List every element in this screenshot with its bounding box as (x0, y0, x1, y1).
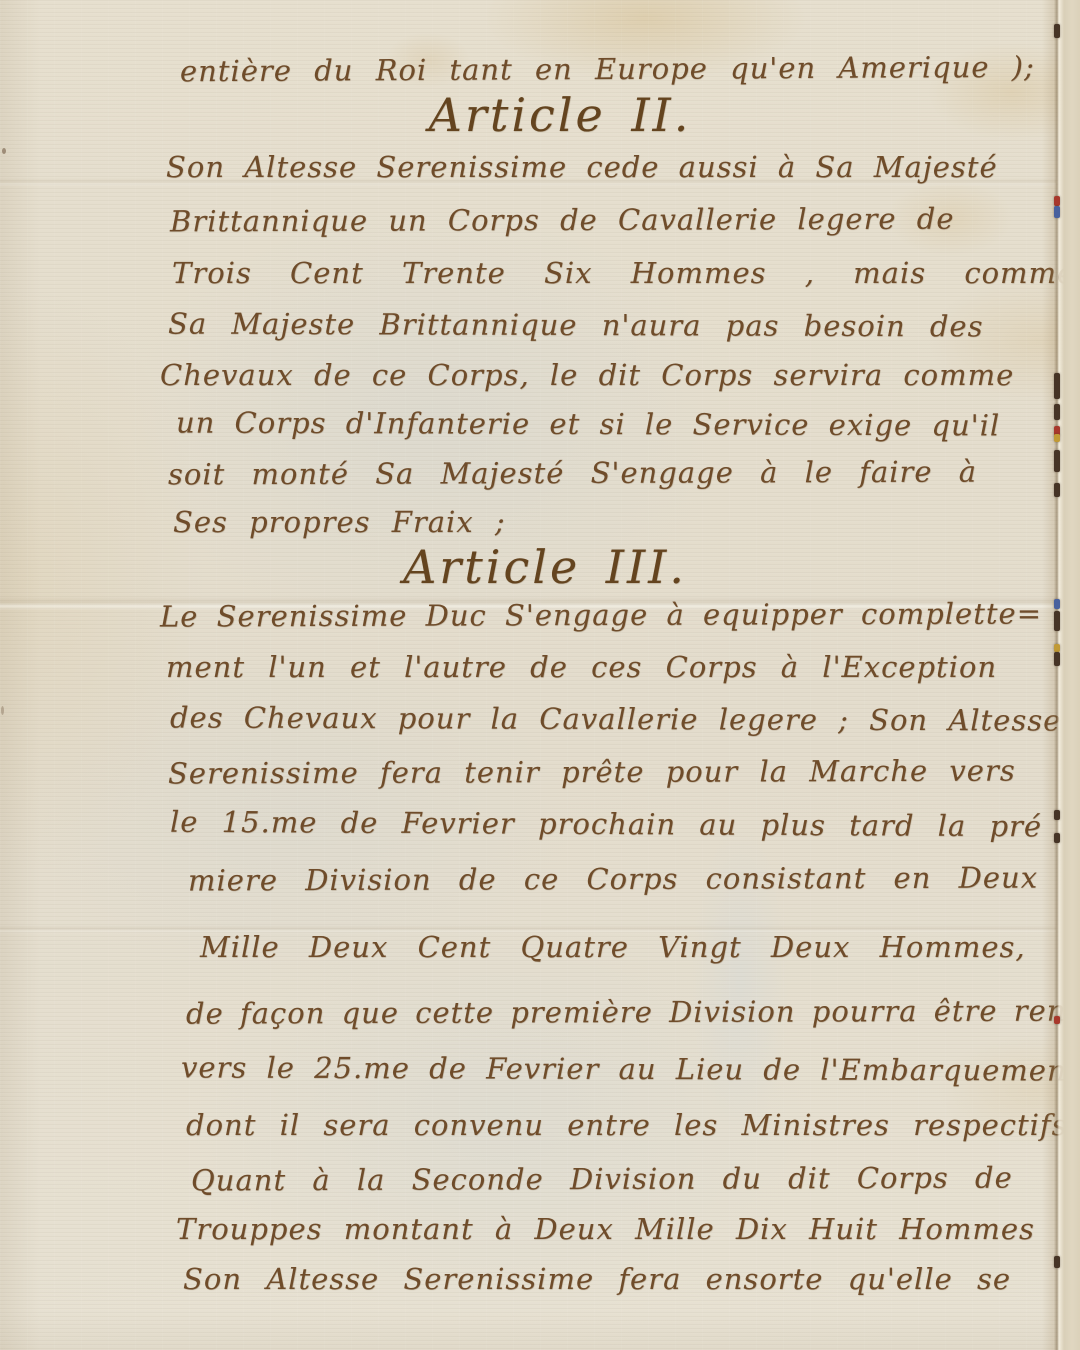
manuscript-line: un Corps d'Infanterie et si le Service e… (176, 406, 1000, 443)
binding-fold-seam (1042, 0, 1080, 1350)
manuscript-line: Quant à la Seconde Division du dit Corps… (191, 1161, 1013, 1198)
stitch-mark (1054, 450, 1060, 472)
article-heading: Article III. (145, 540, 945, 594)
manuscript-line: Trois Cent Trente Six Hommes , mais comm… (172, 256, 1075, 290)
thread-stitch-mark (1054, 206, 1060, 218)
manuscript-line: soit monté Sa Majesté S'engage à le fair… (168, 455, 977, 492)
manuscript-line: des Chevaux pour la Cavallerie legere ; … (170, 700, 1061, 737)
article-heading: Article II. (160, 88, 960, 142)
manuscript-line: dont il sera convenu entre les Ministres… (186, 1108, 1080, 1142)
stitch-mark (1054, 24, 1060, 38)
manuscript-line: Son Altesse Serenissime cede aussi à Sa … (166, 150, 998, 184)
manuscript-line: Ses propres Fraix ; (173, 505, 506, 539)
stitch-mark (1054, 373, 1060, 399)
manuscript-line: Serenissime fera tenir prête pour la Mar… (168, 754, 1016, 791)
manuscript-line: Trouppes montant à Deux Mille Dix Huit H… (176, 1212, 1035, 1246)
manuscript-page: entière du Roi tant en Europe qu'en Amer… (0, 0, 1080, 1350)
manuscript-line: ment l'un et l'autre de ces Corps à l'Ex… (166, 650, 997, 684)
manuscript-line: le 15.me de Fevrier prochain au plus tar… (170, 805, 1042, 844)
stitch-mark (1054, 1256, 1060, 1268)
thread-stitch-mark (1054, 599, 1060, 609)
thread-stitch-mark (1054, 1016, 1060, 1024)
manuscript-line: miere Division de ce Corps consistant en… (188, 861, 1038, 898)
thread-stitch-mark (1054, 644, 1060, 652)
manuscript-line: Son Altesse Serenissime fera ensorte qu'… (183, 1262, 1011, 1296)
thread-stitch-mark (1054, 196, 1060, 206)
manuscript-line: Chevaux de ce Corps, le dit Corps servir… (160, 358, 1014, 392)
stitch-mark (1054, 483, 1060, 497)
manuscript-line: Sa Majeste Brittannique n'aura pas besoi… (168, 307, 984, 344)
manuscript-text: entière du Roi tant en Europe qu'en Amer… (0, 0, 1080, 1350)
stitch-mark (1054, 611, 1060, 631)
manuscript-line: Le Serenissime Duc S'engage à equipper c… (160, 596, 1042, 633)
manuscript-line: vers le 25.me de Fevrier au Lieu de l'Em… (181, 1050, 1079, 1087)
manuscript-line: Brittannique un Corps de Cavallerie lege… (170, 202, 955, 239)
stitch-mark (1054, 833, 1060, 843)
thread-stitch-mark (1054, 434, 1060, 442)
stitch-mark (1054, 810, 1060, 820)
stitch-mark (1054, 404, 1060, 420)
stitch-mark (1054, 652, 1060, 666)
manuscript-line: Mille Deux Cent Quatre Vingt Deux Hommes… (200, 930, 1026, 964)
manuscript-line: de façon que cette première Division pou… (186, 993, 1080, 1030)
manuscript-line: entière du Roi tant en Europe qu'en Amer… (180, 50, 1035, 88)
